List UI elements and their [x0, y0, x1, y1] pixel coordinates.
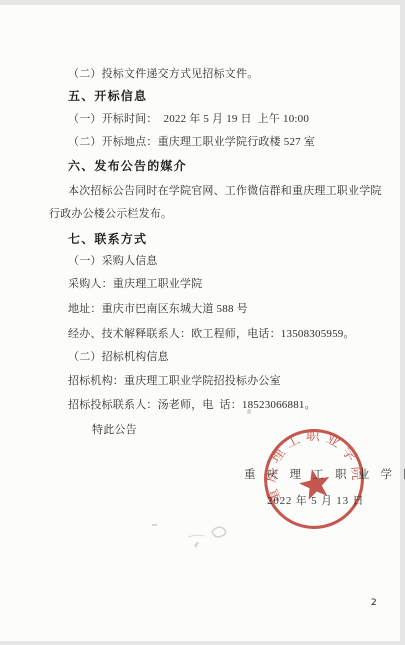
- doc-line: 地址：重庆市巴南区东城大道 588 号: [49, 303, 248, 315]
- doc-line: 招标机构：重庆理工职业学院招投标办公室: [49, 375, 281, 387]
- ink-smudge: [150, 510, 250, 555]
- page-number: 2: [371, 598, 377, 608]
- doc-line: 招标投标联系人：汤老师，电 话：18523066881。: [49, 399, 316, 411]
- doc-line: （一）采购人信息: [49, 255, 158, 267]
- doc-line: 本次招标公告同时在学院官网、工作微信群和重庆理工职业学院: [49, 185, 382, 197]
- doc-line: 采购人：重庆理工职业学院: [49, 278, 202, 290]
- scan-speck: [247, 409, 251, 414]
- doc-line: （一）开标时间： 2022 年 5 月 19 日 上午 10:00: [49, 113, 309, 125]
- doc-line: 行政办公楼公示栏发布。: [49, 208, 172, 220]
- official-seal-stamp: 重庆理工职业学院: [251, 416, 377, 542]
- doc-line: （二）招标机构信息: [49, 351, 169, 363]
- seal-star-icon: [297, 466, 333, 501]
- section-heading-6: 六、发布公告的媒介: [49, 160, 187, 172]
- closing-statement: 特此公告: [49, 424, 137, 436]
- document-page: （二）投标文件递交方式见招标文件。 五、开标信息 （一）开标时间： 2022 年…: [0, 5, 400, 641]
- scanned-document: （二）投标文件递交方式见招标文件。 五、开标信息 （一）开标时间： 2022 年…: [0, 0, 405, 645]
- doc-line: （二）开标地点：重庆理工职业学院行政楼 527 室: [49, 136, 315, 148]
- section-heading-7: 七、联系方式: [49, 233, 147, 245]
- doc-line: 经办、技术解释联系人：欧工程师，电话：13508305959。: [49, 328, 355, 340]
- doc-line: （二）投标文件递交方式见招标文件。: [49, 68, 258, 80]
- section-heading-5: 五、开标信息: [49, 90, 147, 102]
